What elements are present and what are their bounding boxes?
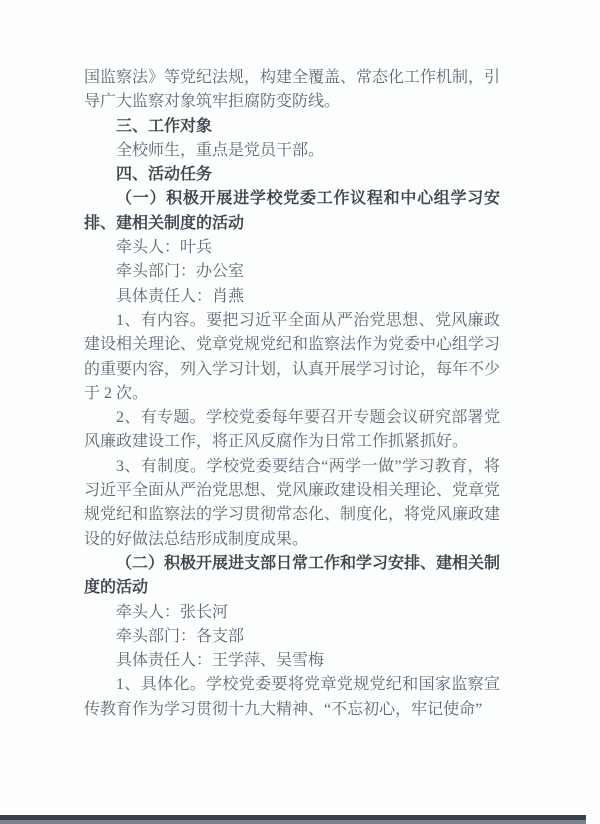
- paragraph-body: 牵头部门：办公室: [84, 260, 500, 284]
- paragraph-body: 具体责任人：肖燕: [84, 285, 500, 309]
- document-text-block: 国监察法》等党纪法规，构建全覆盖、常态化工作机制，引导广大监察对象筑牢拒腐防变防…: [84, 66, 500, 722]
- scanned-document-page: 国监察法》等党纪法规，构建全覆盖、常态化工作机制，引导广大监察对象筑牢拒腐防变防…: [0, 0, 600, 824]
- paragraph-subheading: （二）积极开展进支部日常工作和学习安排、建相关制度的活动: [84, 552, 500, 601]
- paragraph-body: 牵头人：叶兵: [84, 236, 500, 260]
- paragraph-body: 1、具体化。学校党委要将党章党规党纪和国家监察宣传教育作为学习贯彻十九大精神、“…: [84, 673, 500, 722]
- paragraph-body: 牵头人：张长河: [84, 601, 500, 625]
- paragraph-subheading: （一）积极开展进学校党委工作议程和中心组学习安排、建相关制度的活动: [84, 187, 500, 236]
- paragraph-body: 2、有专题。学校党委每年要召开专题会议研究部署党风廉政建设工作，将正风反腐作为日…: [84, 406, 500, 455]
- paragraph-continuation: 国监察法》等党纪法规，构建全覆盖、常态化工作机制，引导广大监察对象筑牢拒腐防变防…: [84, 66, 500, 115]
- scan-bottom-edge-shadow: [0, 815, 586, 824]
- paragraph-body: 1、有内容。要把习近平全面从严治党思想、党风廉政建设相关理论、党章党规党纪和监察…: [84, 309, 500, 406]
- paragraph-heading: 三、工作对象: [84, 115, 500, 139]
- paragraph-heading: 四、活动任务: [84, 163, 500, 187]
- paragraph-body: 3、有制度。学校党委要结合“两学一做”学习教育，将习近平全面从严治党思想、党风廉…: [84, 455, 500, 552]
- paragraph-body: 具体责任人：王学萍、吴雪梅: [84, 649, 500, 673]
- paragraph-body: 牵头部门：各支部: [84, 625, 500, 649]
- paragraph-body: 全校师生，重点是党员干部。: [84, 139, 500, 163]
